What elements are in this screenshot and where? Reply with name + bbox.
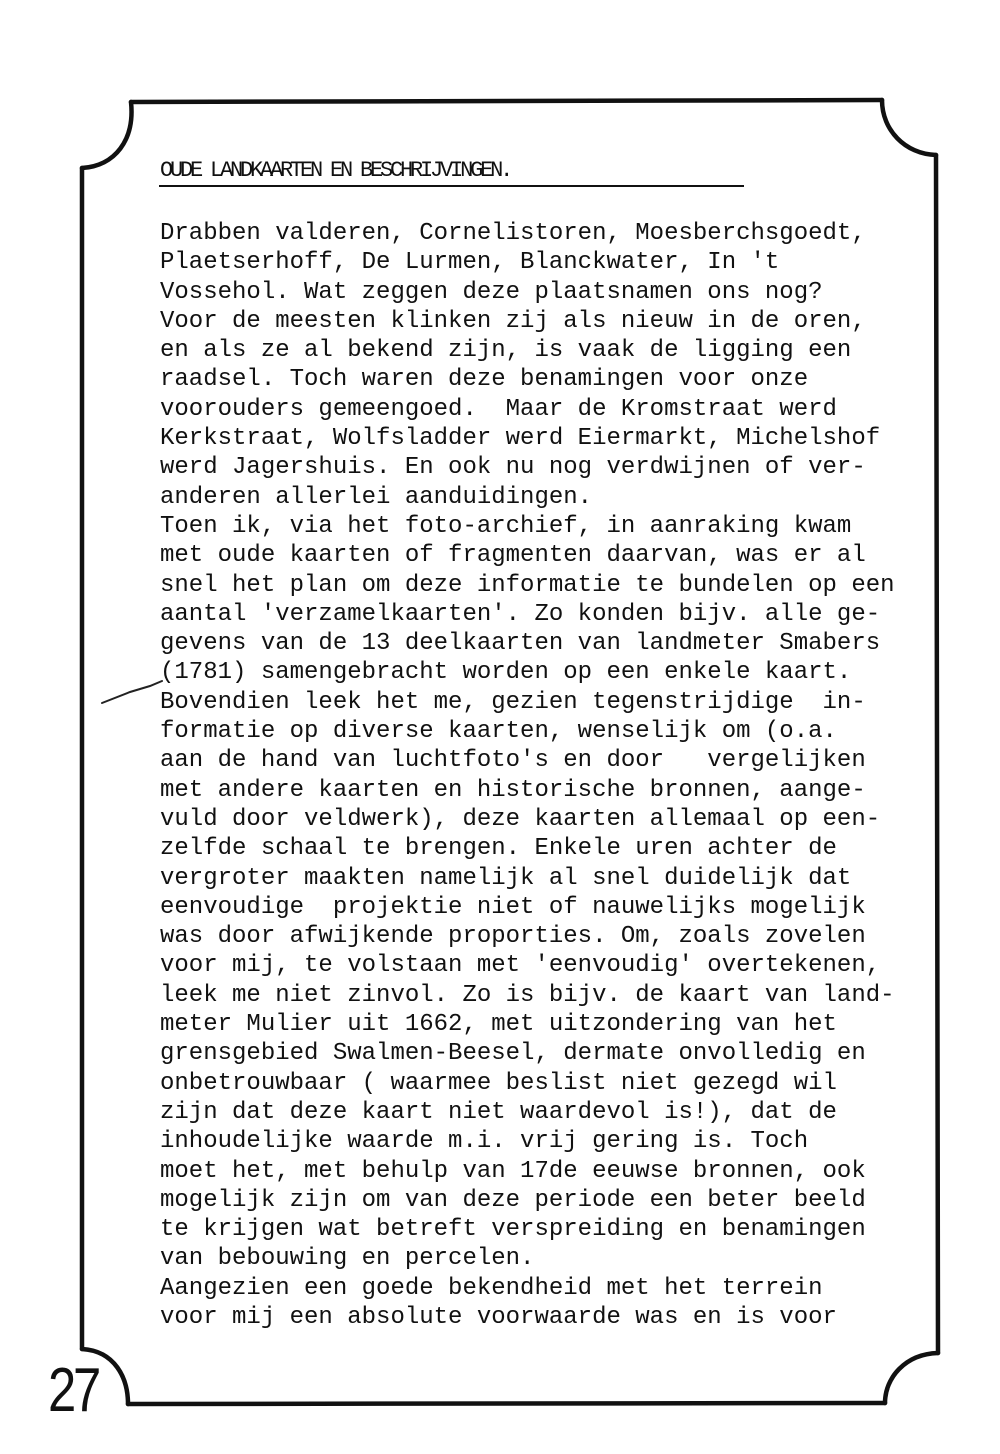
page-number: 27	[48, 1360, 98, 1422]
text-line: Plaetserhoff, De Lurmen, Blanckwater, In…	[160, 248, 895, 277]
text-line: Drabben valderen, Cornelistoren, Moesber…	[160, 219, 895, 248]
text-line: eenvoudige projektie niet of nauwelijks …	[160, 893, 895, 922]
title-underline	[159, 185, 744, 187]
text-line: aan de hand van luchtfoto's en door verg…	[160, 746, 895, 775]
text-line: voorouders gemeengoed. Maar de Kromstraa…	[160, 395, 895, 424]
text-line: mogelijk zijn om van deze periode een be…	[160, 1186, 895, 1215]
text-line: Aangezien een goede bekendheid met het t…	[160, 1274, 895, 1303]
text-line: meter Mulier uit 1662, met uitzondering …	[160, 1010, 895, 1039]
text-line: Toen ik, via het foto-archief, in aanrak…	[160, 512, 895, 541]
text-line: werd Jagershuis. En ook nu nog verdwijne…	[160, 453, 895, 482]
text-line: onbetrouwbaar ( waarmee beslist niet gez…	[160, 1069, 895, 1098]
text-line: voor mij een absolute voorwaarde was en …	[160, 1303, 895, 1332]
text-line: te krijgen wat betreft verspreiding en b…	[160, 1215, 895, 1244]
text-line: Vossehol. Wat zeggen deze plaatsnamen on…	[160, 278, 895, 307]
text-line: aantal 'verzamelkaarten'. Zo konden bijv…	[160, 600, 895, 629]
text-line: vuld door veldwerk), deze kaarten allema…	[160, 805, 895, 834]
text-line: met andere kaarten en historische bronne…	[160, 776, 895, 805]
text-line: voor mij, te volstaan met 'eenvoudig' ov…	[160, 951, 895, 980]
text-line: en als ze al bekend zijn, is vaak de lig…	[160, 336, 895, 365]
text-line: zelfde schaal te brengen. Enkele uren ac…	[160, 834, 895, 863]
text-line: was door afwijkende proporties. Om, zoal…	[160, 922, 895, 951]
text-line: formatie op diverse kaarten, wenselijk o…	[160, 717, 895, 746]
text-line: met oude kaarten of fragmenten daarvan, …	[160, 541, 895, 570]
text-line: raadsel. Toch waren deze benamingen voor…	[160, 365, 895, 394]
text-line: moet het, met behulp van 17de eeuwse bro…	[160, 1157, 895, 1186]
text-line: (1781) samengebracht worden op een enkel…	[160, 658, 895, 687]
body-text: Drabben valderen, Cornelistoren, Moesber…	[160, 219, 895, 1332]
text-line: van bebouwing en percelen.	[160, 1244, 895, 1273]
pen-mark	[102, 681, 162, 703]
page-title: OUDE LANDKAARTEN EN BESCHRIJVINGEN.	[160, 158, 510, 183]
text-line: Bovendien leek het me, gezien tegenstrij…	[160, 688, 895, 717]
text-line: gevens van de 13 deelkaarten van landmet…	[160, 629, 895, 658]
text-line: inhoudelijke waarde m.i. vrij gering is.…	[160, 1127, 895, 1156]
text-line: Kerkstraat, Wolfsladder werd Eiermarkt, …	[160, 424, 895, 453]
text-line: zijn dat deze kaart niet waardevol is!),…	[160, 1098, 895, 1127]
text-line: leek me niet zinvol. Zo is bijv. de kaar…	[160, 981, 895, 1010]
text-line: grensgebied Swalmen-Beesel, dermate onvo…	[160, 1039, 895, 1068]
text-line: snel het plan om deze informatie te bund…	[160, 571, 895, 600]
text-line: anderen allerlei aanduidingen.	[160, 483, 895, 512]
text-line: vergroter maakten namelijk al snel duide…	[160, 864, 895, 893]
text-line: Voor de meesten klinken zij als nieuw in…	[160, 307, 895, 336]
